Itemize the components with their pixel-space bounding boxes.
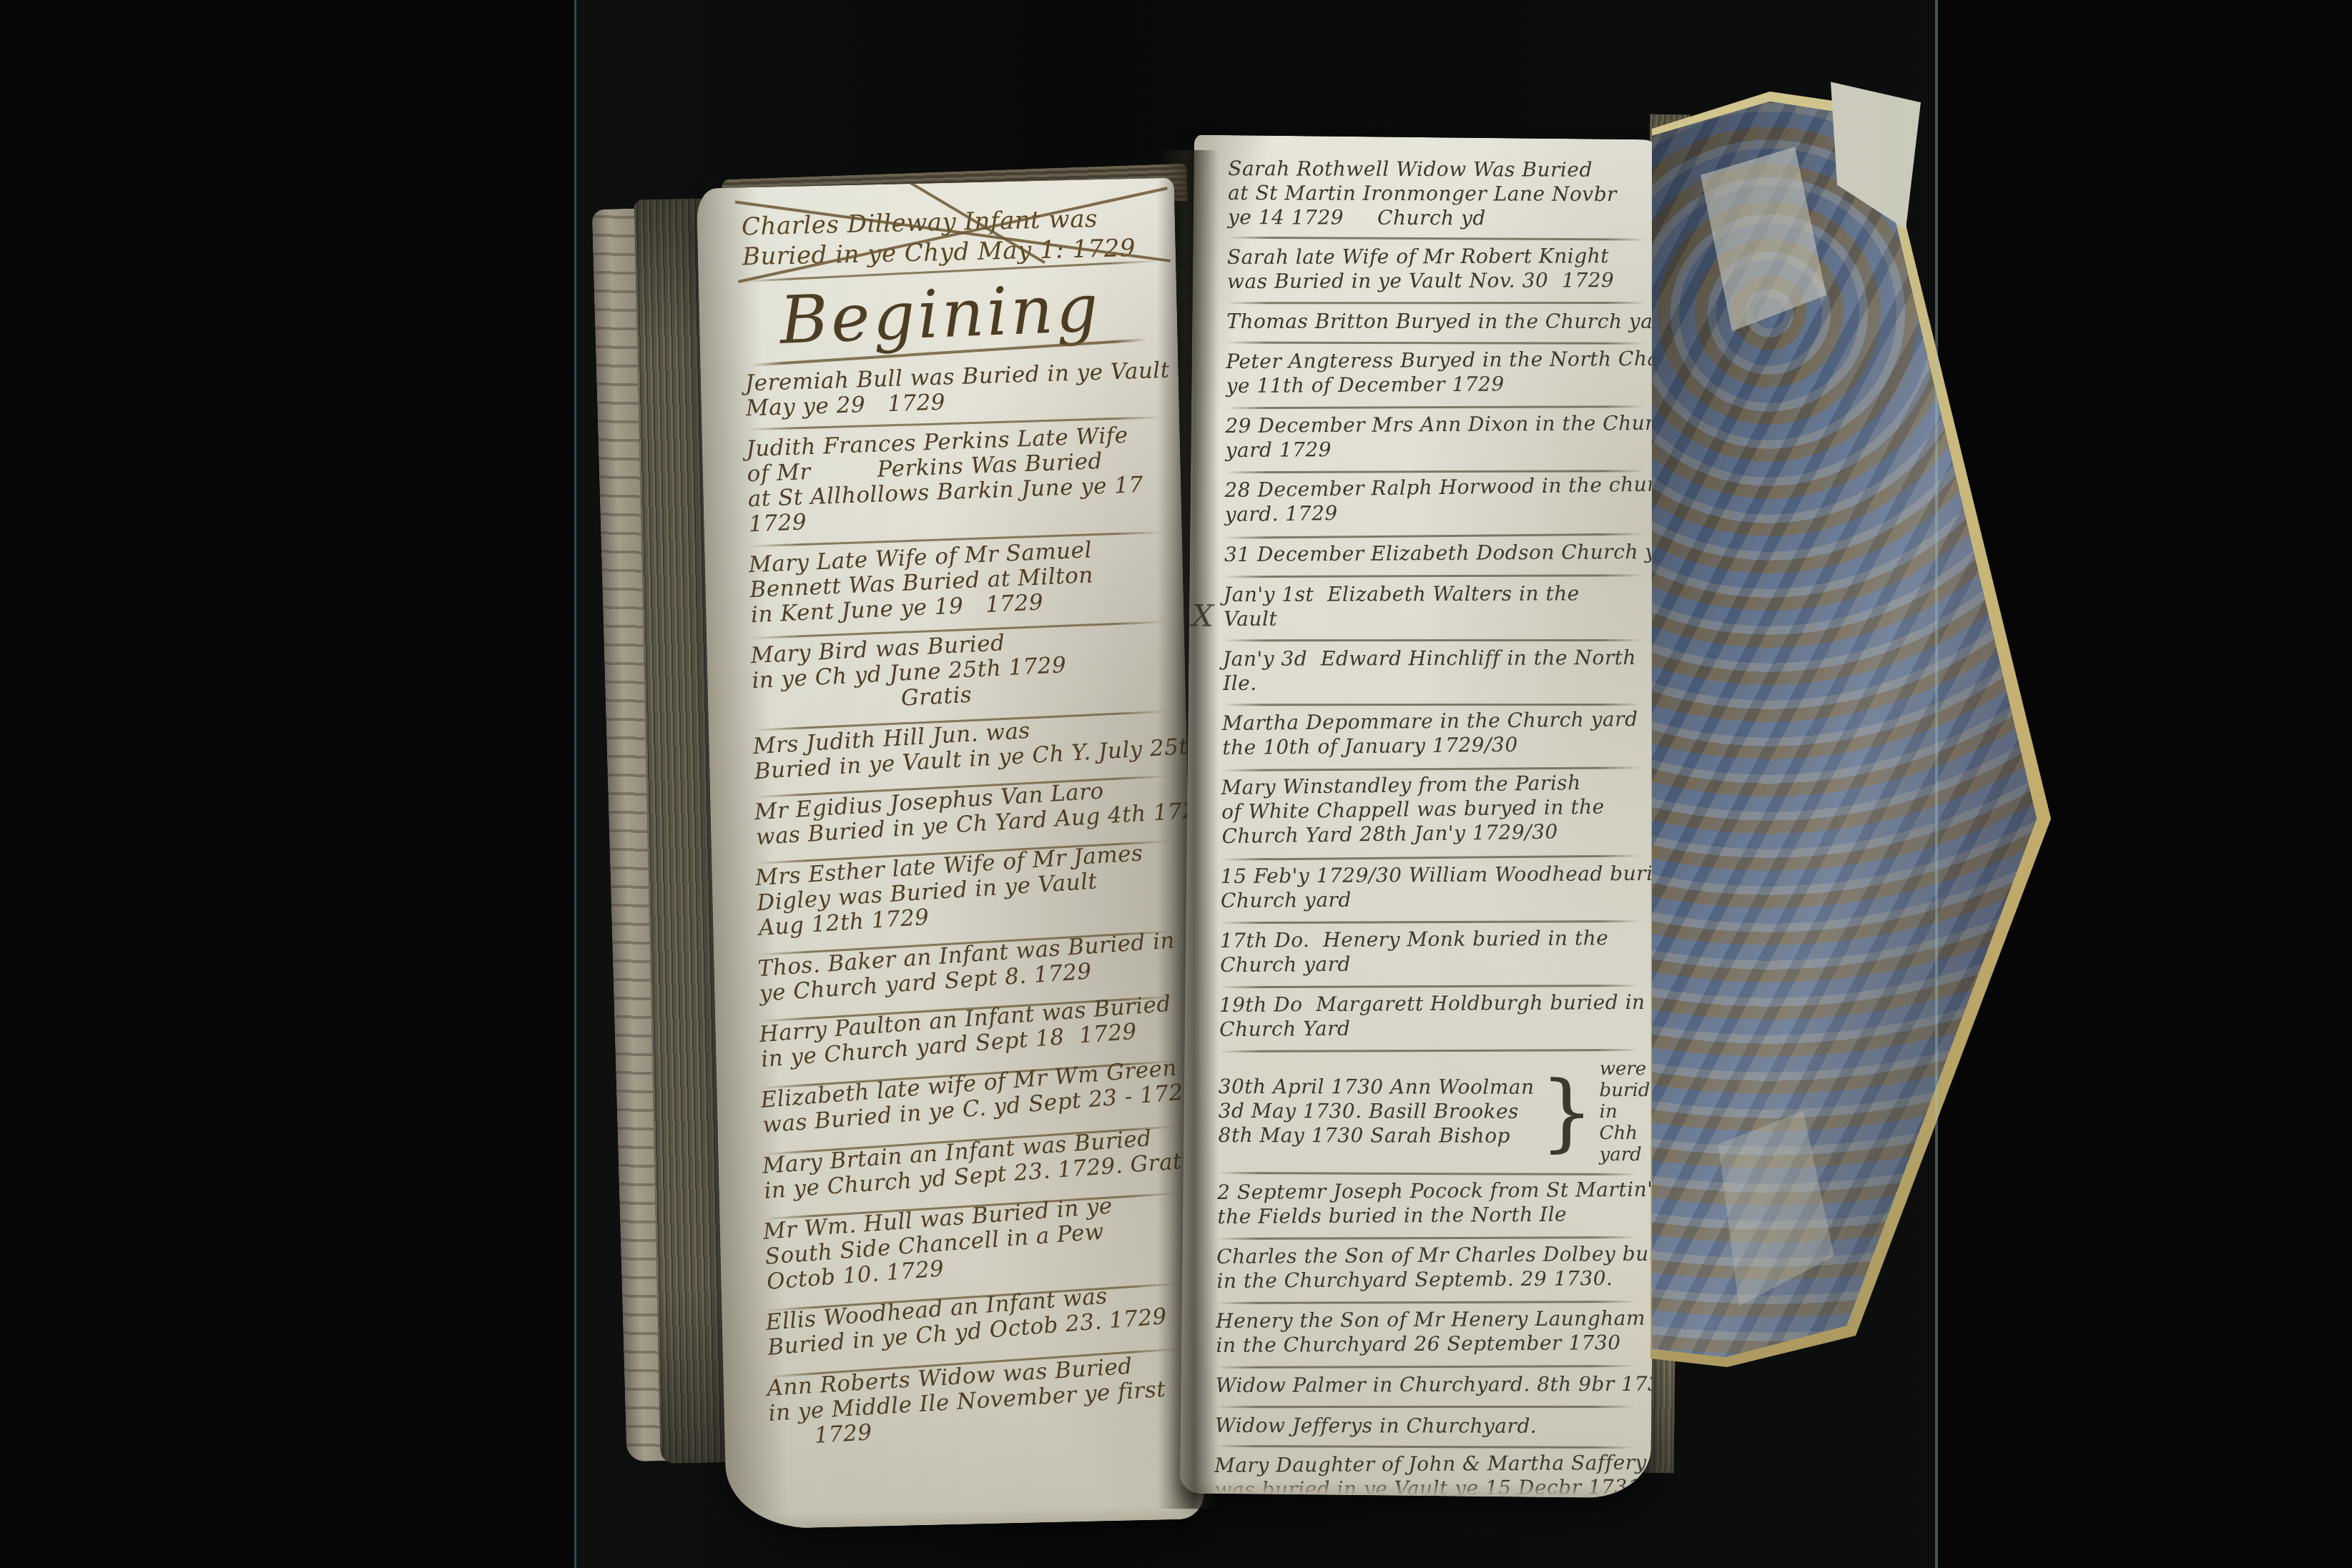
register-entry: Mary Winstandley from the Parishof White…	[1221, 770, 1648, 849]
entry-line: Church yard	[1220, 950, 1646, 977]
register-entry: 17th Do. Henery Monk buried in theChurch…	[1220, 926, 1646, 977]
entry-line: Ile.	[1223, 670, 1649, 696]
entry-line: Jan'y 1st Elizabeth Walters in the	[1224, 581, 1650, 607]
entry-line: Church Yard 28th Jan'y 1729/30	[1221, 819, 1648, 849]
entry-line: was Buried in ye Vault Nov. 30 1729	[1227, 268, 1653, 294]
right-page: Sarah Rothwell Widow Was Buriedat St Mar…	[1180, 135, 1665, 1499]
entry-line: in the Churchyard 26 September 1730	[1216, 1331, 1642, 1358]
crossed-out-entry: Charles Dilleway Infant was Buried in ye…	[742, 202, 1165, 272]
entry-line: at St Martin Ironmonger Lane Novbr	[1228, 181, 1654, 207]
entry-separator-line	[1219, 1049, 1638, 1052]
register-entry: 30th April 1730 Ann Woolman3d May 1730. …	[1219, 1057, 1645, 1165]
entry-line: 17th Do. Henery Monk buried in the	[1220, 926, 1646, 953]
marbled-cover-flap	[1645, 79, 2060, 1380]
entry-line: 31 December Elizabeth Dodson Church yard	[1224, 540, 1650, 567]
entry-separator-line	[1226, 342, 1645, 345]
register-entry: 31 December Elizabeth Dodson Church yard	[1224, 540, 1650, 567]
entry-line: Vault	[1224, 606, 1650, 631]
entry-line: 30th April 1730 Ann Woolman	[1219, 1075, 1535, 1100]
register-entry: Judith Frances Perkins Late Wifeof Mr Pe…	[746, 421, 1171, 537]
register-entry: Jan'y 1st Elizabeth Walters in theVault	[1224, 581, 1650, 631]
entry-line: in the Churchyard Septemb. 29 1730.	[1216, 1266, 1643, 1293]
register-entry: Jeremiah Bull was Buried in ye VaultMay …	[744, 358, 1168, 420]
left-page: Charles Dilleway Infant was Buried in ye…	[697, 178, 1204, 1530]
entry-line: Church Yard	[1219, 1015, 1645, 1042]
entry-separator-line	[1223, 704, 1642, 706]
register-entry: 2 Septemr Joseph Pocock from St Martin's…	[1217, 1178, 1643, 1229]
entry-separator-line	[1224, 533, 1643, 538]
register-entry: Charles the Son of Mr Charles Dolbey bur…	[1216, 1242, 1643, 1293]
left-page-entries: Jeremiah Bull was Buried in ye VaultMay …	[745, 362, 1191, 1451]
entry-line: Mary Daughter of John & Martha Saffery	[1214, 1451, 1640, 1478]
entry-separator-line	[1227, 237, 1646, 241]
register-entry: Mrs Judith Hill Jun. wasBuried in ye Vau…	[752, 710, 1176, 784]
entry-line: the 10th of January 1729/30	[1222, 731, 1648, 760]
entry-line: yard. 1729	[1225, 497, 1651, 527]
entry-separator-line	[1217, 1236, 1636, 1240]
register-entry: Sarah late Wife of Mr Robert Knightwas B…	[1227, 244, 1653, 294]
entry-line: Thomas Britton Buryed in the Church yard	[1226, 310, 1653, 334]
entry-line: Widow Jefferys in Churchyard.	[1215, 1414, 1641, 1439]
entry-separator-line	[1215, 1406, 1634, 1408]
entry-line: the Fields buried in the North Ile	[1217, 1202, 1643, 1229]
entry-line: ye 11th of December 1729	[1226, 371, 1652, 398]
register-entry: Peter Angteress Buryed in the North Chan…	[1226, 347, 1652, 398]
book-gutter-shadow	[1157, 150, 1219, 1509]
entry-line: was buried in ye Vault ye 15 Decbr 1731	[1214, 1475, 1640, 1499]
entry-line: yard 1729	[1226, 435, 1652, 463]
register-entry: Mary Brtain an Infant was Buriedin ye Ch…	[762, 1124, 1186, 1204]
flap-shading	[1645, 79, 2060, 1380]
entry-separator-line	[1227, 302, 1646, 304]
register-entry: Sarah Rothwell Widow Was Buriedat St Mar…	[1228, 157, 1654, 231]
entry-line: ye 14 1729 Church yd	[1228, 205, 1654, 231]
entry-separator-line	[1216, 1301, 1635, 1304]
entry-line: 15 Feb'y 1729/30 William Woodhead burid …	[1221, 862, 1647, 889]
entry-separator-line	[1220, 985, 1639, 988]
entry-separator-line	[1221, 854, 1640, 860]
brace-note: were burid in Chh yard	[1599, 1058, 1650, 1165]
entry-separator-line	[1224, 574, 1643, 578]
register-entry: Mrs Esther late Wife of Mr JamesDigley w…	[754, 839, 1181, 941]
entry-line: 2 Septemr Joseph Pocock from St Martin's…	[1217, 1178, 1643, 1205]
photograph-stage: Charles Dilleway Infant was Buried in ye…	[0, 0, 2352, 1568]
register-entry: Ann Roberts Widow was Buriedin ye Middle…	[766, 1351, 1191, 1451]
entry-line: 19th Do Margarett Holdburgh buried in th…	[1219, 990, 1645, 1017]
register-entry: 15 Feb'y 1729/30 William Woodhead burid …	[1221, 862, 1647, 913]
register-entry: Thomas Britton Buryed in the Church yard	[1226, 310, 1653, 334]
register-entry: Mr Wm. Hull was Buried in yeSouth Side C…	[762, 1188, 1189, 1295]
entry-line: Charles the Son of Mr Charles Dolbey bur…	[1216, 1242, 1643, 1269]
register-entry: Martha Depommare in the Church yardthe 1…	[1222, 707, 1649, 760]
entry-line: 8th May 1730 Sarah Bishop	[1219, 1123, 1535, 1148]
brace-glyph: }	[1540, 1078, 1593, 1146]
register-entry: Mary Daughter of John & Martha Safferywa…	[1214, 1451, 1640, 1499]
entry-line: Sarah Rothwell Widow Was Buried	[1228, 157, 1654, 182]
register-entry: Jan'y 3d Edward Hinchliff in the NorthIl…	[1223, 646, 1649, 696]
entry-separator-line	[1215, 1445, 1634, 1449]
entry-separator-line	[1224, 639, 1643, 641]
entry-line: 29 December Mrs Ann Dixon in the Church	[1225, 411, 1651, 438]
entry-line: Martha Depommare in the Church yard	[1222, 707, 1648, 736]
right-page-entries: Sarah Rothwell Widow Was Buriedat St Mar…	[1214, 157, 1655, 1498]
entry-line: Sarah late Wife of Mr Robert Knight	[1227, 244, 1653, 270]
entry-line: Church yard	[1221, 886, 1647, 913]
register-entry: Widow Jefferys in Churchyard.	[1215, 1414, 1641, 1439]
register-entry: 29 December Mrs Ann Dixon in the Churchy…	[1225, 411, 1651, 463]
register-entry: Mary Late Wife of Mr SamuelBennett Was B…	[748, 534, 1173, 628]
entry-line: Peter Angteress Buryed in the North Chan…	[1226, 347, 1652, 374]
entry-line: Widow Palmer in Churchyard. 8th 9br 1730	[1216, 1372, 1642, 1398]
register-entry: 28 December Ralph Horwood in the churchy…	[1224, 473, 1651, 527]
entry-line: 3d May 1730. Basill Brookes	[1219, 1099, 1535, 1124]
entry-line: Jan'y 3d Edward Hinchliff in the North	[1223, 646, 1649, 671]
register-entry: 19th Do Margarett Holdburgh buried in th…	[1219, 990, 1645, 1042]
register-entry: Henery the Son of Mr Henery Launghamin t…	[1216, 1306, 1642, 1358]
entry-line: Henery the Son of Mr Henery Laungham	[1216, 1306, 1642, 1333]
register-entry: Widow Palmer in Churchyard. 8th 9br 1730	[1216, 1372, 1642, 1398]
entry-separator-line	[1226, 405, 1645, 409]
entry-separator-line	[1218, 1172, 1637, 1175]
entry-separator-line	[1216, 1365, 1635, 1369]
entry-separator-line	[1220, 920, 1639, 924]
